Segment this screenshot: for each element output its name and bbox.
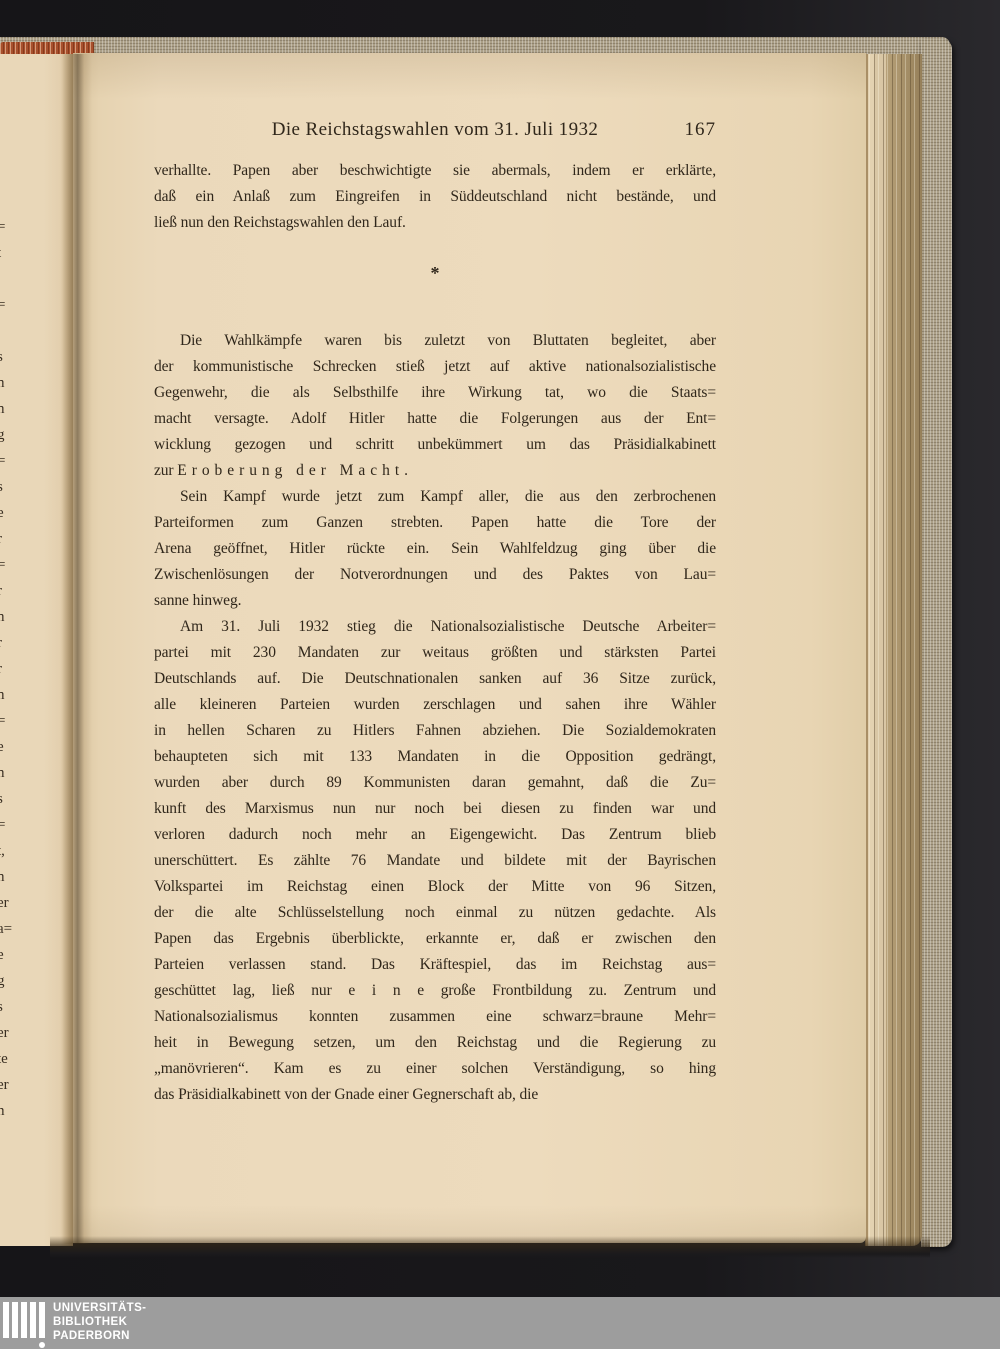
text-line: das Präsidialkabinett von der Gnade eine… <box>154 1082 716 1108</box>
text-line: Zwischenlösungen der Notverordnungen und… <box>154 562 716 588</box>
paragraph: verhallte. Papen aber beschwichtigte sie… <box>154 158 716 236</box>
edge-fragment: t <box>0 240 17 266</box>
edge-fragment: r <box>0 656 17 682</box>
edge-fragment: s <box>0 994 17 1020</box>
text-line: der kommunistische Schrecken stieß jetzt… <box>154 354 716 380</box>
section-separator-asterisk: * <box>154 260 716 286</box>
edge-fragment: n <box>0 760 17 786</box>
edge-fragment: . <box>0 318 17 344</box>
text-line: Sein Kampf wurde jetzt zum Kampf aller, … <box>154 484 716 510</box>
edge-fragment: er <box>0 890 17 916</box>
text-line: Deutschlands auf. Die Deutschnationalen … <box>154 666 716 692</box>
edge-fragment: h <box>0 1098 17 1124</box>
text-line: sanne hinweg. <box>154 588 716 614</box>
library-name: UNIVERSITÄTS- BIBLIOTHEK PADERBORN <box>53 1301 146 1343</box>
paragraph: Am 31. Juli 1932 stieg die Nationalsozia… <box>154 614 716 1108</box>
edge-fragment: r <box>0 526 17 552</box>
paragraph: Sein Kampf wurde jetzt zum Kampf aller, … <box>154 484 716 614</box>
edge-fragment: = <box>0 292 17 318</box>
text-line: verhallte. Papen aber beschwichtigte sie… <box>154 158 716 184</box>
edge-fragment: = <box>0 552 17 578</box>
edge-fragment: e <box>0 500 17 526</box>
text-line: behaupteten sich mit 133 Mandaten in die… <box>154 744 716 770</box>
text-line: macht versagte. Adolf Hitler hatte die F… <box>154 406 716 432</box>
logo-bar <box>3 1302 9 1338</box>
text-line: kunft des Marxismus nun nur noch bei die… <box>154 796 716 822</box>
edge-fragment: = <box>0 708 17 734</box>
text-line: der die alte Schlüsselstellung noch einm… <box>154 900 716 926</box>
text-line: zur Eroberung der Macht. <box>154 458 716 484</box>
logo-bar <box>39 1302 45 1338</box>
logo-bar <box>12 1302 18 1338</box>
text-line: alle kleineren Parteien wurden zerschlag… <box>154 692 716 718</box>
edge-fragment: s <box>0 344 17 370</box>
text-line: in hellen Scharen zu Hitlers Fahnen abzi… <box>154 718 716 744</box>
edge-fragment: er <box>0 1072 17 1098</box>
text-run: zur <box>154 462 177 479</box>
text-line: Volkspartei im Reichstag einen Block der… <box>154 874 716 900</box>
edge-fragment: g <box>0 422 17 448</box>
facing-page-edge: =t=.snng=ser=rnrrn=ens=t,nera=egserteerh <box>0 54 73 1246</box>
edge-fragment: n <box>0 370 17 396</box>
edge-fragment: s <box>0 474 17 500</box>
text-line: unerschüttert. Es zählte 76 Mandate und … <box>154 848 716 874</box>
text-line: Nationalsozialismus konnten zusammen ein… <box>154 1004 716 1030</box>
edge-fragment <box>0 266 17 292</box>
edge-fragment: e <box>0 734 17 760</box>
edge-fragment: = <box>0 448 17 474</box>
logo-bar <box>21 1302 27 1338</box>
text-line: geschüttet lag, ließ nur e i n e große F… <box>154 978 716 1004</box>
library-name-line: UNIVERSITÄTS- <box>53 1301 146 1315</box>
letterspaced-text-run: Eroberung der Macht. <box>177 462 413 479</box>
edge-fragment: = <box>0 214 17 240</box>
text-line: Papen das Ergebnis überblickte, erkannte… <box>154 926 716 952</box>
text-line: partei mit 230 Mandaten zur weitaus größ… <box>154 640 716 666</box>
library-watermark-band: UNIVERSITÄTS- BIBLIOTHEK PADERBORN <box>0 1297 1000 1349</box>
edge-fragment: = <box>0 812 17 838</box>
text-line: Parteien verlassen stand. Das Kräftespie… <box>154 952 716 978</box>
page-title: Die Reichstagswahlen vom 31. Juli 1932 <box>154 119 716 141</box>
text-line: Am 31. Juli 1932 stieg die Nationalsozia… <box>154 614 716 640</box>
edge-fragment: er <box>0 1020 17 1046</box>
edge-fragment: n <box>0 682 17 708</box>
text-line: Parteiformen zum Ganzen strebten. Papen … <box>154 510 716 536</box>
book-scan-photo: =t=.snng=ser=rnrrn=ens=t,nera=egserteerh… <box>0 0 1000 1349</box>
library-name-line: BIBLIOTHEK <box>53 1315 146 1329</box>
edge-fragment: r <box>0 630 17 656</box>
edge-fragment: te <box>0 1046 17 1072</box>
text-line: verloren dadurch noch mehr an Eigengewic… <box>154 822 716 848</box>
edge-fragment: g <box>0 968 17 994</box>
text-line: ließ nun den Reichstagswahlen den Lauf. <box>154 210 716 236</box>
edge-fragment: s <box>0 786 17 812</box>
page-number: 167 <box>685 119 717 141</box>
edge-fragment: n <box>0 864 17 890</box>
library-name-line: PADERBORN <box>53 1329 146 1343</box>
library-logo-icon <box>3 1302 45 1344</box>
edge-fragment: r <box>0 578 17 604</box>
edge-fragment: e <box>0 942 17 968</box>
text-line: Arena geöffnet, Hitler rückte ein. Sein … <box>154 536 716 562</box>
running-header: Die Reichstagswahlen vom 31. Juli 1932 1… <box>154 119 716 145</box>
text-line: Gegenwehr, die als Selbsthilfe ihre Wirk… <box>154 380 716 406</box>
edge-fragment: a= <box>0 916 17 942</box>
text-line: Die Wahlkämpfe waren bis zuletzt von Blu… <box>154 328 716 354</box>
page-fore-edge-stack <box>865 54 922 1246</box>
edge-fragment: t, <box>0 838 17 864</box>
text-line: „manövrieren“. Kam es zu einer solchen V… <box>154 1056 716 1082</box>
book-cover-right-edge <box>921 39 952 1247</box>
edge-fragment: n <box>0 396 17 422</box>
text-line: daß ein Anlaß zum Eingreifen in Süddeuts… <box>154 184 716 210</box>
text-line: heit in Bewegung setzen, um den Reichsta… <box>154 1030 716 1056</box>
paragraph: Die Wahlkämpfe waren bis zuletzt von Blu… <box>154 328 716 484</box>
logo-bar <box>30 1302 36 1338</box>
edge-fragment: n <box>0 604 17 630</box>
body-text: verhallte. Papen aber beschwichtigte sie… <box>154 158 716 1108</box>
facing-page-text-fragments: =t=.snng=ser=rnrrn=ens=t,nera=egserteerh <box>0 214 17 1124</box>
text-line: wicklung gezogen und schritt unbekümmert… <box>154 432 716 458</box>
text-line: wurden aber durch 89 Kommunisten daran g… <box>154 770 716 796</box>
